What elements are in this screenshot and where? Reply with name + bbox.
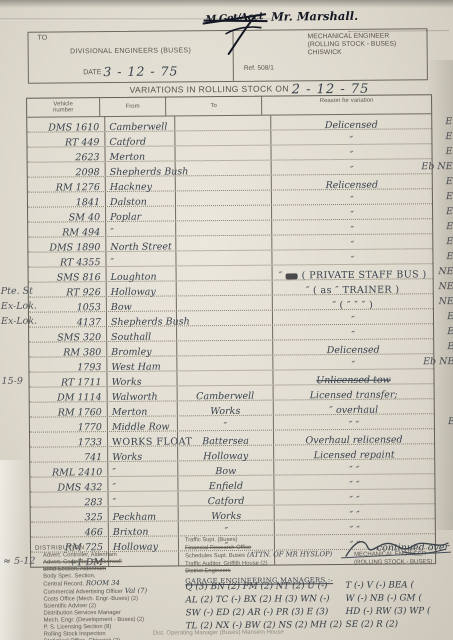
reason-cell: ″ ″	[274, 459, 434, 474]
reason-cell: Unlicensed tow	[273, 369, 433, 384]
reason-cell: ″E	[272, 204, 432, 219]
to-cell	[177, 341, 273, 356]
status-flag: E	[419, 235, 453, 248]
ink-blot	[285, 273, 297, 279]
reason-cell: ″ ″	[275, 504, 435, 519]
dotted-rule	[348, 30, 448, 32]
date-label: DATE	[83, 69, 101, 76]
to-cell: Battersea	[178, 431, 274, 446]
from-cell: Brixton	[109, 521, 179, 536]
reason-cell: ″E	[272, 189, 432, 204]
to-cell: Works	[178, 401, 274, 416]
reason-cell: ″ ″	[274, 474, 434, 489]
vehicle-cell: DM 1114	[30, 387, 108, 402]
vehicle-cell: 1053	[29, 297, 107, 312]
col-header-vehicle: Vehicle number	[27, 98, 100, 117]
vehicle-cell: RT 1711	[29, 372, 107, 387]
to-cell	[175, 146, 271, 161]
status-flag: E	[418, 145, 452, 158]
distribution-item: Schedules Supt. Buses(ATTN. OF MR HYSLOP…	[185, 551, 350, 561]
reason-cell: ″E	[273, 309, 433, 324]
reason-cell: ″Eb NE	[272, 159, 432, 174]
to-cell	[176, 176, 272, 191]
reason-cell: ″Eb NE	[273, 354, 433, 369]
from-cell: Southall	[107, 326, 177, 341]
handwritten-addition: (ATTN. OF MR HYSLOP)	[247, 550, 332, 559]
vehicle-cell: 1770	[30, 417, 108, 432]
reason-cell: DelicensedE	[273, 339, 433, 354]
recipient-line: CHISWICK	[308, 49, 397, 58]
distribution-title: DISTRIBUTION	[35, 544, 85, 551]
from-cell: Holloway	[107, 281, 177, 296]
reason-cell: Licensed transfer;	[274, 384, 434, 399]
from-cell: ″	[106, 251, 176, 266]
from-cell: Bromley	[107, 341, 177, 356]
to-cell: Enfield	[178, 476, 274, 491]
distribution-item: District Engineers	[185, 567, 350, 576]
vehicle-cell: SMS 320	[29, 327, 107, 342]
from-cell: Peckham	[109, 506, 179, 521]
reason-cell: DelicensedE	[271, 114, 431, 129]
to-cell	[175, 116, 271, 131]
status-flag: E	[420, 340, 453, 353]
sender-unit: DIVISIONAL ENGINEERS (BUSES)	[29, 47, 233, 56]
to-cell: Camberwell	[178, 386, 274, 401]
from-cell: Hackney	[106, 176, 176, 191]
from-cell: Camberwell	[105, 116, 175, 131]
to-cell	[176, 251, 272, 266]
status-flag: NE	[420, 280, 453, 293]
reason-cell: ″E	[272, 234, 432, 249]
from-cell: ″	[108, 461, 178, 476]
reason-cell: ″ ″	[274, 489, 434, 504]
to-cell: Works	[179, 506, 275, 521]
vehicle-cell: 1793	[29, 357, 107, 372]
status-flag: E	[418, 130, 452, 143]
vehicle-cell: SMS 816	[29, 267, 107, 282]
to-cell	[177, 326, 273, 341]
from-cell: Works	[107, 371, 177, 386]
to-cell	[176, 221, 272, 236]
reason-cell: ″ ( ″ ″ ″ )NE	[273, 294, 433, 309]
distribution-list-left: Advert. Controller, AldenhamAdvert. Cont…	[43, 551, 184, 640]
garage-rows: Q (3) BN (2) PM (2) NT (2) U (-)T (-) V …	[185, 580, 453, 634]
to-cell	[177, 356, 273, 371]
ink-stroke	[223, 14, 263, 56]
to-cell	[176, 161, 272, 176]
reference-number: Ref. 508/1	[244, 65, 274, 72]
vehicle-cell: RT 4355	[28, 252, 106, 267]
to-cell	[176, 236, 272, 251]
margin-annotation: 15-9	[1, 375, 28, 388]
to-cell: Holloway	[178, 446, 274, 461]
date-value-handwritten: 3 - 12 - 75	[103, 63, 178, 79]
status-flag: E	[419, 175, 453, 188]
reason-cell: ″E	[272, 249, 432, 264]
from-cell: Middle Row	[108, 416, 178, 431]
margin-annotation: ≈ 5-12	[3, 555, 30, 568]
reason-cell: Overhaul relicensed	[274, 429, 434, 444]
status-flag: E	[419, 220, 453, 233]
to-cell	[177, 281, 273, 296]
from-cell: Bow	[107, 296, 177, 311]
vehicle-cell: RM 1276	[28, 177, 106, 192]
vehicle-cell: RML 2410	[30, 462, 108, 477]
to-cell	[177, 296, 273, 311]
from-cell: Shepherds Bush	[107, 311, 177, 326]
faint-bottom-text: Dist. Operating Manager (Buses) Mansion …	[153, 630, 284, 637]
reason-cell: ″ ″	[275, 519, 435, 534]
to-cell: ″	[178, 416, 274, 431]
status-flag: NE	[420, 265, 453, 278]
reason-cell: ″ overhaul	[274, 399, 434, 414]
status-flag: E	[420, 325, 453, 338]
to-cell	[176, 191, 272, 206]
from-cell: Poplar	[106, 206, 176, 221]
margin-annotation: Ex-Lok.	[1, 315, 28, 328]
from-cell: Catford	[105, 131, 175, 146]
from-cell: Shepherds Bush	[106, 161, 176, 176]
from-cell: West Ham	[107, 356, 177, 371]
status-flag: E	[419, 205, 453, 218]
reason-cell: ″E	[271, 129, 431, 144]
from-cell: ″	[108, 476, 178, 491]
to-cell: Bow	[178, 461, 274, 476]
vehicle-cell: RT 449	[27, 132, 105, 147]
col-header-reason: Reason for variation	[262, 95, 431, 114]
addressee-name: Mr. Marshall.	[271, 9, 358, 24]
to-cell	[176, 206, 272, 221]
vehicle-cell: SM 40	[28, 207, 106, 222]
continued-note: continued over	[377, 541, 449, 555]
status-flag: NE	[420, 295, 453, 308]
from-cell: ″	[108, 491, 178, 506]
table-body: DMS 1610CamberwellDelicensedERT 449Catfo…	[27, 114, 435, 567]
vehicle-cell: RT 926	[29, 282, 107, 297]
from-cell: Merton	[108, 401, 178, 416]
handwritten-addition: Val (7)	[125, 587, 147, 595]
reason-cell: ″E	[271, 144, 431, 159]
from-cell: WORKS FLOAT	[108, 431, 178, 446]
status-flag: E	[418, 115, 452, 128]
from-cell: North Street	[106, 236, 176, 251]
to-cell: ″	[179, 521, 275, 536]
vehicle-cell: 1841	[28, 192, 106, 207]
from-cell: Dalston	[106, 191, 176, 206]
vehicle-cell: 283	[30, 492, 108, 507]
vehicle-cell: 466	[31, 522, 109, 537]
vehicle-cell: 741	[30, 447, 108, 462]
vehicle-cell: RM 494	[28, 222, 106, 237]
status-flag: E	[421, 415, 453, 428]
variations-table: Vehicle number From To Reason for variat…	[26, 94, 436, 568]
col-header-from: From	[100, 98, 166, 117]
reason-cell: ″E	[272, 219, 432, 234]
handwritten-addition: ROOM 34	[86, 579, 120, 587]
reason-cell: ″ ( as ″ TRAINER )NE	[273, 279, 433, 294]
to-cell	[177, 311, 273, 326]
vehicle-cell: 2623	[27, 147, 105, 162]
to-cell	[177, 371, 273, 386]
vehicle-cell: DMS 1890	[28, 237, 106, 252]
to-cell	[175, 131, 271, 146]
reason-cell: ″E	[273, 324, 433, 339]
status-flag: E	[420, 310, 453, 323]
vehicle-cell: RM 380	[29, 342, 107, 357]
reason-cell: ″ ″E	[274, 414, 434, 429]
reason-cell: Licensed repaint	[274, 444, 434, 459]
date-line: DATE 3 - 12 - 75	[29, 61, 233, 78]
status-flag: E	[419, 190, 453, 203]
reason-cell: RelicensedE	[272, 174, 432, 189]
margin-annotation: Ex-Lok.	[1, 300, 28, 313]
vehicle-cell: 325	[31, 507, 109, 522]
top-ink-annotation: M Got/Acct Mr. Marshall.	[205, 4, 440, 46]
status-flag: E	[419, 250, 453, 263]
vehicle-cell: 4137	[29, 312, 107, 327]
distribution-list-middle: Traffic Supt. (Buses)Financial Research …	[185, 536, 350, 585]
from-cell: ″	[106, 221, 176, 236]
from-cell: Loughton	[107, 266, 177, 281]
vehicle-cell: DMS 1610	[27, 117, 105, 132]
vehicle-cell: DMS 432	[30, 477, 108, 492]
from-cell: Walworth	[108, 386, 178, 401]
reason-cell: ″ ( PRIVATE STAFF BUS )NE	[273, 264, 433, 279]
col-header-to: To	[166, 97, 262, 116]
to-label: TO	[38, 35, 48, 42]
to-cell: Catford	[178, 491, 274, 506]
vehicle-cell: RM 1760	[30, 402, 108, 417]
status-flag: Eb NE	[419, 160, 453, 173]
status-flag: Eb NE	[420, 355, 453, 368]
from-cell: Merton	[105, 146, 175, 161]
vehicle-cell: 2098	[28, 162, 106, 177]
to-cell	[177, 266, 273, 281]
title-text: VARIATIONS IN ROLLING STOCK ON	[130, 83, 289, 94]
margin-annotation: Pte. St	[1, 285, 28, 298]
vehicle-cell: 1733	[30, 432, 108, 447]
sender-panel: TO DIVISIONAL ENGINEERS (BUSES) DATE 3 -…	[28, 31, 233, 83]
scanned-document: M Got/Acct Mr. Marshall. TO DIVISIONAL E…	[0, 0, 453, 640]
from-cell: Works	[108, 446, 178, 461]
